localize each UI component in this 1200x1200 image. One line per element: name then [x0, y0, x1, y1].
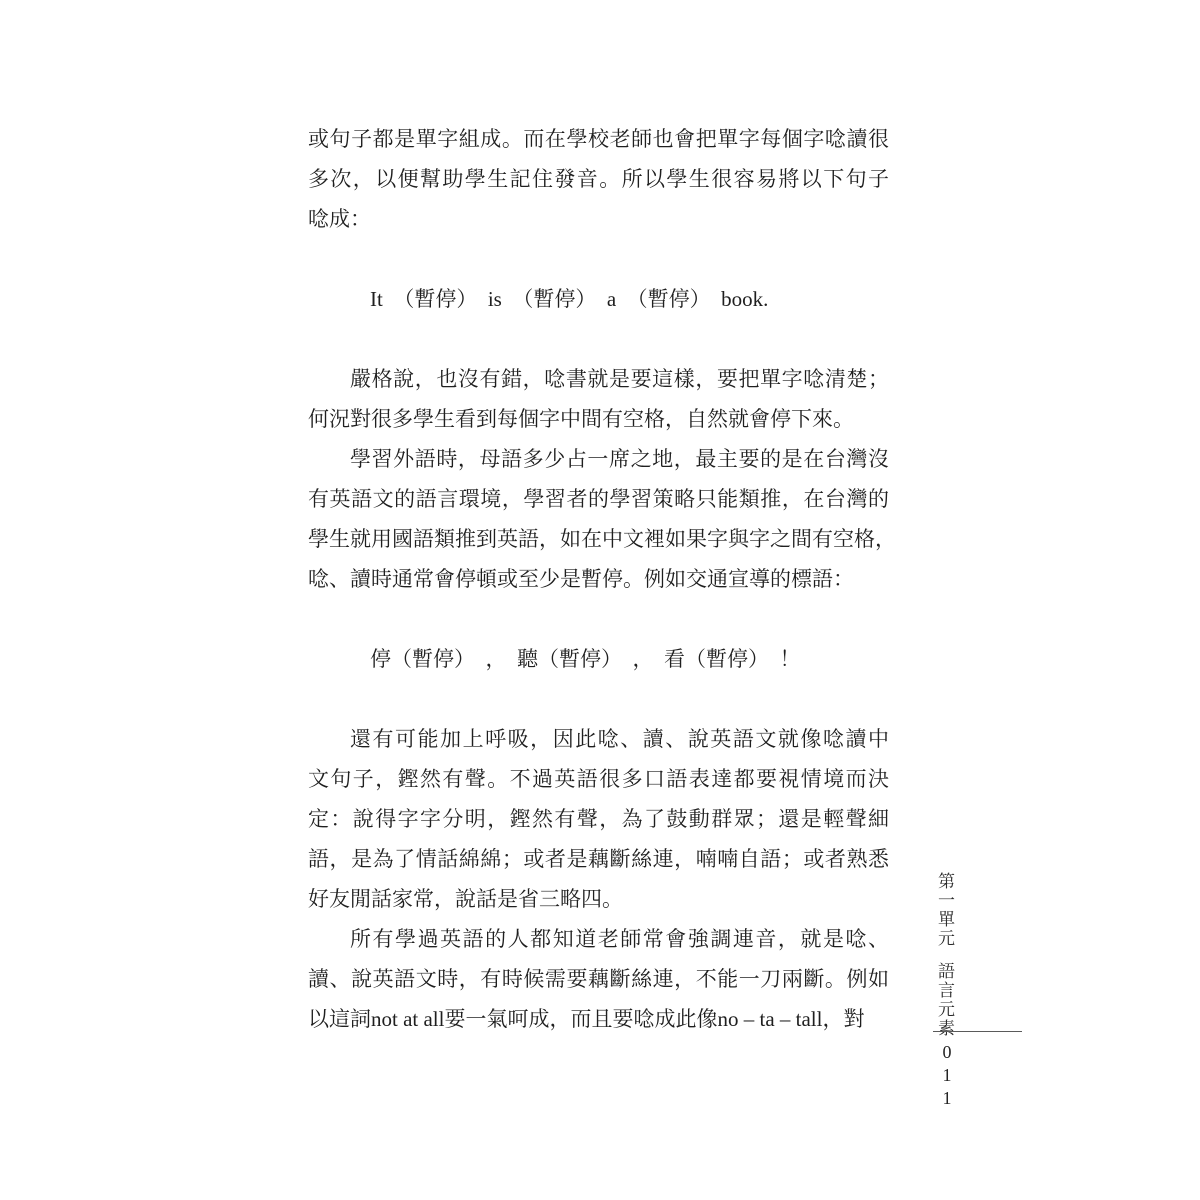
margin-unit-title: 第一單元語言元素 [932, 872, 957, 1042]
text-line: 有英語文的語言環境，學習者的學習策略只能類推，在台灣的 [308, 479, 889, 519]
text-line: 唸、讀時通常會停頓或至少是暫停。例如交通宣導的標語： [308, 559, 889, 599]
paragraph-breathing-context: 還有可能加上呼吸，因此唸、讀、說英語文就像唸讀中文句子，鏗然有聲。不過英語很多口… [308, 719, 889, 919]
example-slogan-stop-listen-look: 停（暫停） ， 聽（暫停） ， 看（暫停） ！ [308, 639, 889, 679]
unit-label: 第一單元 [935, 872, 954, 948]
text-line: 文句子，鏗然有聲。不過英語很多口語表達都要視情境而決 [308, 759, 889, 799]
paragraph-foreign-language-learning: 學習外語時，母語多少占一席之地，最主要的是在台灣沒有英語文的語言環境，學習者的學… [308, 439, 889, 599]
text-line: 還有可能加上呼吸，因此唸、讀、說英語文就像唸讀中 [308, 719, 889, 759]
text-line: 好友閒話家常，說話是省三略四。 [308, 879, 889, 919]
text-line: 唸成： [308, 199, 889, 239]
text-line: 以這詞not at all要一氣呵成，而且要唸成此像no – ta – tall… [308, 999, 889, 1039]
text-line: 何況對很多學生看到每個字中間有空格，自然就會停下來。 [308, 399, 889, 439]
text-line: 語，是為了情話綿綿；或者是藕斷絲連，喃喃自語；或者熟悉 [308, 839, 889, 879]
text-line: 多次，以便幫助學生記住發音。所以學生很容易將以下句子 [308, 159, 889, 199]
page-number: 011 [936, 1042, 957, 1111]
example-sentence-english-pauses: It （暫停） is （暫停） a （暫停） book. [308, 279, 889, 319]
paragraph-strictly-speaking: 嚴格說，也沒有錯，唸書就是要這樣，要把單字唸清楚；何況對很多學生看到每個字中間有… [308, 359, 889, 439]
section-label: 語言元素 [935, 962, 954, 1038]
text-line: 讀、說英語文時，有時候需要藕斷絲連，不能一刀兩斷。例如 [308, 959, 889, 999]
text-line: 定：說得字字分明，鏗然有聲，為了鼓動群眾；還是輕聲細 [308, 799, 889, 839]
paragraph-intro: 或句子都是單字組成。而在學校老師也會把單字每個字唸讀很多次，以便幫助學生記住發音… [308, 119, 889, 239]
text-line: 學習外語時，母語多少占一席之地，最主要的是在台灣沒 [308, 439, 889, 479]
text-line: 或句子都是單字組成。而在學校老師也會把單字每個字唸讀很 [308, 119, 889, 159]
text-line: 嚴格說，也沒有錯，唸書就是要這樣，要把單字唸清楚； [308, 359, 889, 399]
book-page: 或句子都是單字組成。而在學校老師也會把單字每個字唸讀很多次，以便幫助學生記住發音… [0, 0, 1200, 1200]
text-line: 所有學過英語的人都知道老師常會強調連音，就是唸、 [308, 919, 889, 959]
main-text-column: 或句子都是單字組成。而在學校老師也會把單字每個字唸讀很多次，以便幫助學生記住發音… [308, 119, 889, 1039]
text-line: 學生就用國語類推到英語，如在中文裡如果字與字之間有空格， [308, 519, 889, 559]
sidebar-divider [933, 1031, 1022, 1032]
paragraph-linking-sounds: 所有學過英語的人都知道老師常會強調連音，就是唸、讀、說英語文時，有時候需要藕斷絲… [308, 919, 889, 1039]
